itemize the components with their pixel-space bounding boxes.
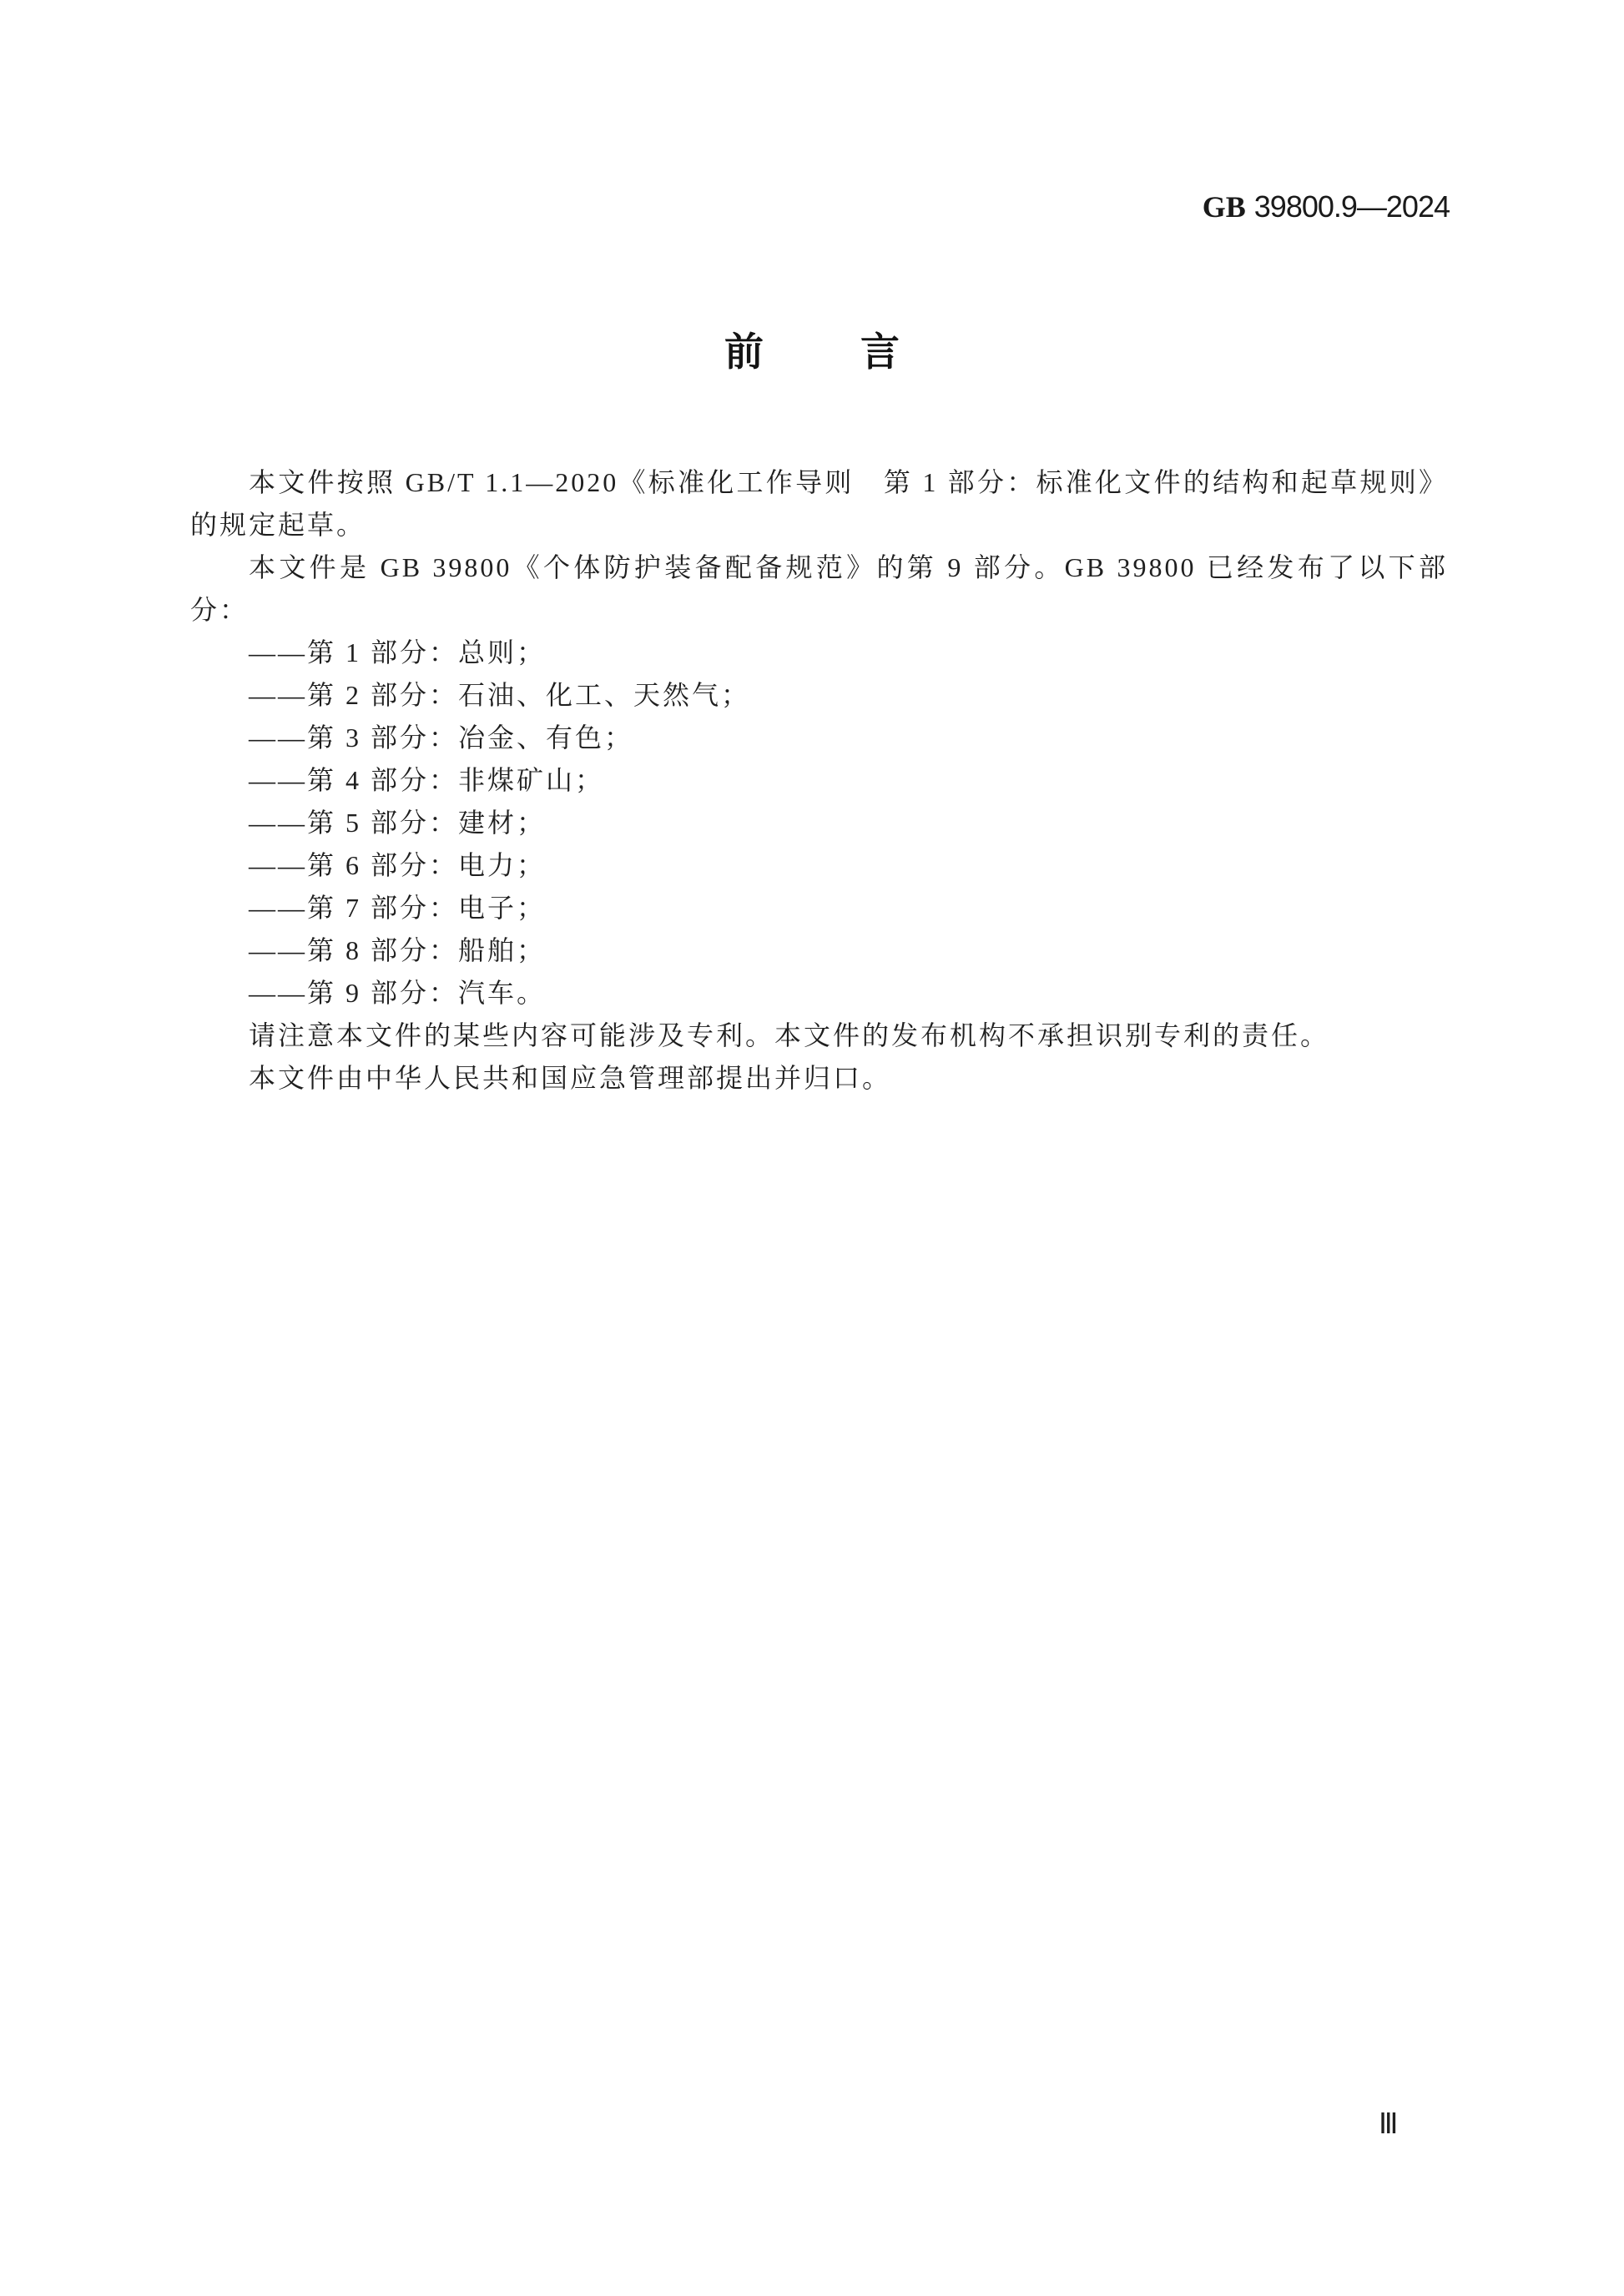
- part-list-item: ——第 7 部分：电子；: [190, 887, 1448, 929]
- part-list-item: ——第 6 部分：电力；: [190, 844, 1448, 887]
- document-page: GB39800.9—2024 前 言 本文件按照 GB/T 1.1—2020《标…: [0, 0, 1624, 2296]
- paragraph: 请注意本文件的某些内容可能涉及专利。本文件的发布机构不承担识别专利的责任。: [190, 1015, 1448, 1057]
- paragraph: 本文件由中华人民共和国应急管理部提出并归口。: [190, 1057, 1448, 1100]
- part-list-item: ——第 1 部分：总则；: [190, 632, 1448, 674]
- page-number: Ⅲ: [1379, 2109, 1398, 2140]
- part-list-item: ——第 4 部分：非煤矿山；: [190, 759, 1448, 802]
- part-list-item: ——第 8 部分：船舶；: [190, 929, 1448, 972]
- foreword-title-char-1: 前: [724, 330, 764, 374]
- foreword-title: 前 言: [0, 330, 1624, 374]
- foreword-body: 本文件按照 GB/T 1.1—2020《标准化工作导则 第 1 部分：标准化文件…: [190, 461, 1448, 1100]
- paragraph: 本文件按照 GB/T 1.1—2020《标准化工作导则 第 1 部分：标准化文件…: [190, 461, 1448, 546]
- standard-code: GB39800.9—2024: [1203, 190, 1450, 224]
- part-list-item: ——第 9 部分：汽车。: [190, 972, 1448, 1015]
- paragraph: 本文件是 GB 39800《个体防护装备配备规范》的第 9 部分。GB 3980…: [190, 546, 1448, 632]
- foreword-title-char-2: 言: [860, 330, 900, 374]
- standard-code-number: 39800.9—2024: [1254, 189, 1450, 224]
- standard-code-prefix: GB: [1203, 190, 1246, 224]
- part-list-item: ——第 3 部分：冶金、有色；: [190, 717, 1448, 759]
- part-list-item: ——第 2 部分：石油、化工、天然气；: [190, 674, 1448, 717]
- part-list-item: ——第 5 部分：建材；: [190, 802, 1448, 844]
